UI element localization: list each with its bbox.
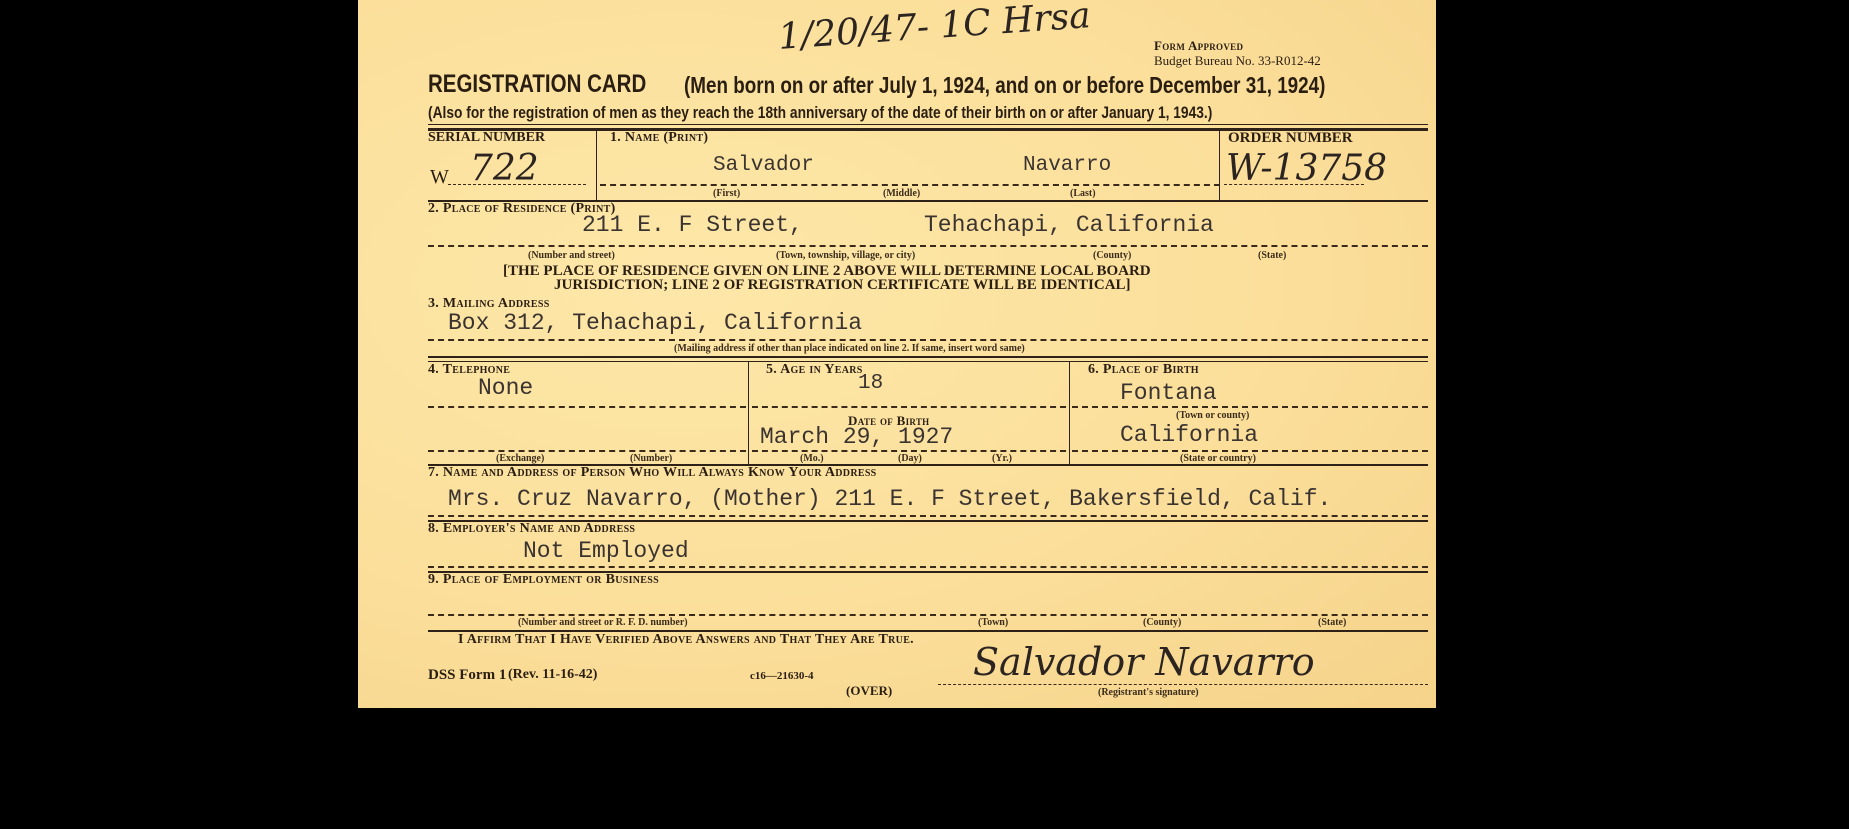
order-number-value: W-13758 xyxy=(1226,148,1387,189)
first-name-value: Salvador xyxy=(713,154,814,177)
caption-state-country: (State or country) xyxy=(1180,453,1256,464)
caption-rfd-number: (Number and street or R. F. D. number) xyxy=(518,617,688,628)
caption-number-street: (Number and street) xyxy=(528,250,615,261)
registrant-signature: Salvador Navarro xyxy=(973,640,1315,684)
jurisdiction-notice-line2: JURISDICTION; LINE 2 OF REGISTRATION CER… xyxy=(554,277,1131,294)
form-id: DSS Form 1 xyxy=(428,667,506,684)
caption-exchange: (Exchange) xyxy=(496,453,544,464)
form-title-note: (Men born on or after July 1, 1924, and … xyxy=(684,72,1325,99)
contact-person-value: Mrs. Cruz Navarro, (Mother) 211 E. F Str… xyxy=(448,486,1331,512)
telephone-value: None xyxy=(478,375,533,401)
last-name-value: Navarro xyxy=(1023,154,1111,177)
form-approved-label: Form Approved xyxy=(1154,38,1243,54)
budget-bureau-number: Budget Bureau No. 33-R012-42 xyxy=(1154,53,1321,69)
caption-year: (Yr.) xyxy=(992,453,1012,464)
caption-county: (County) xyxy=(1093,250,1131,261)
age-label: 5. Age in Years xyxy=(766,362,863,378)
registration-card: 1/20/47- 1C Hrsa Form Approved Budget Bu… xyxy=(358,0,1436,708)
employer-label: 8. Employer's Name and Address xyxy=(428,521,635,537)
contact-person-label: 7. Name and Address of Person Who Will A… xyxy=(428,465,877,481)
caption-first: (First) xyxy=(713,188,740,199)
employer-value: Not Employed xyxy=(523,538,689,564)
birthplace-town-value: Fontana xyxy=(1120,380,1217,406)
serial-number-label: SERIAL NUMBER xyxy=(428,130,545,146)
print-code: c16—21630-4 xyxy=(750,670,814,682)
caption-registrant-signature: (Registrant's signature) xyxy=(1098,687,1199,698)
age-value: 18 xyxy=(858,372,883,395)
birthplace-label: 6. Place of Birth xyxy=(1088,362,1199,378)
caption-month: (Mo.) xyxy=(800,453,824,464)
caption-employment-county: (County) xyxy=(1143,617,1181,628)
name-label: 1. Name (Print) xyxy=(610,130,708,146)
caption-state: (State) xyxy=(1258,250,1286,261)
serial-prefix: W xyxy=(430,166,449,189)
employment-place-label: 9. Place of Employment or Business xyxy=(428,572,659,588)
handwritten-annotation: 1/20/47- 1C Hrsa xyxy=(777,0,1092,58)
order-number-label: ORDER NUMBER xyxy=(1228,130,1353,147)
caption-employment-state: (State) xyxy=(1318,617,1346,628)
caption-last: (Last) xyxy=(1070,188,1096,199)
caption-town-county: (Town or county) xyxy=(1176,410,1249,421)
serial-number-value: 722 xyxy=(470,148,539,189)
caption-employment-town: (Town) xyxy=(978,617,1008,628)
form-subtitle: (Also for the registration of men as the… xyxy=(428,103,1212,123)
caption-town: (Town, township, village, or city) xyxy=(776,250,915,261)
date-of-birth-value: March 29, 1927 xyxy=(760,424,953,450)
caption-day: (Day) xyxy=(898,453,922,464)
caption-mailing: (Mailing address if other than place ind… xyxy=(674,343,1025,354)
form-title: REGISTRATION CARD xyxy=(428,70,646,99)
birthplace-state-value: California xyxy=(1120,422,1258,448)
affirmation-statement: I Affirm That I Have Verified Above Answ… xyxy=(458,632,914,648)
form-revision: (Rev. 11-16-42) xyxy=(508,667,597,683)
residence-town-value: Tehachapi, California xyxy=(924,212,1214,238)
over-label: (OVER) xyxy=(846,683,892,699)
mailing-address-value: Box 312, Tehachapi, California xyxy=(448,310,862,336)
caption-middle: (Middle) xyxy=(883,188,920,199)
residence-street-value: 211 E. F Street, xyxy=(582,212,803,238)
caption-number: (Number) xyxy=(630,453,672,464)
